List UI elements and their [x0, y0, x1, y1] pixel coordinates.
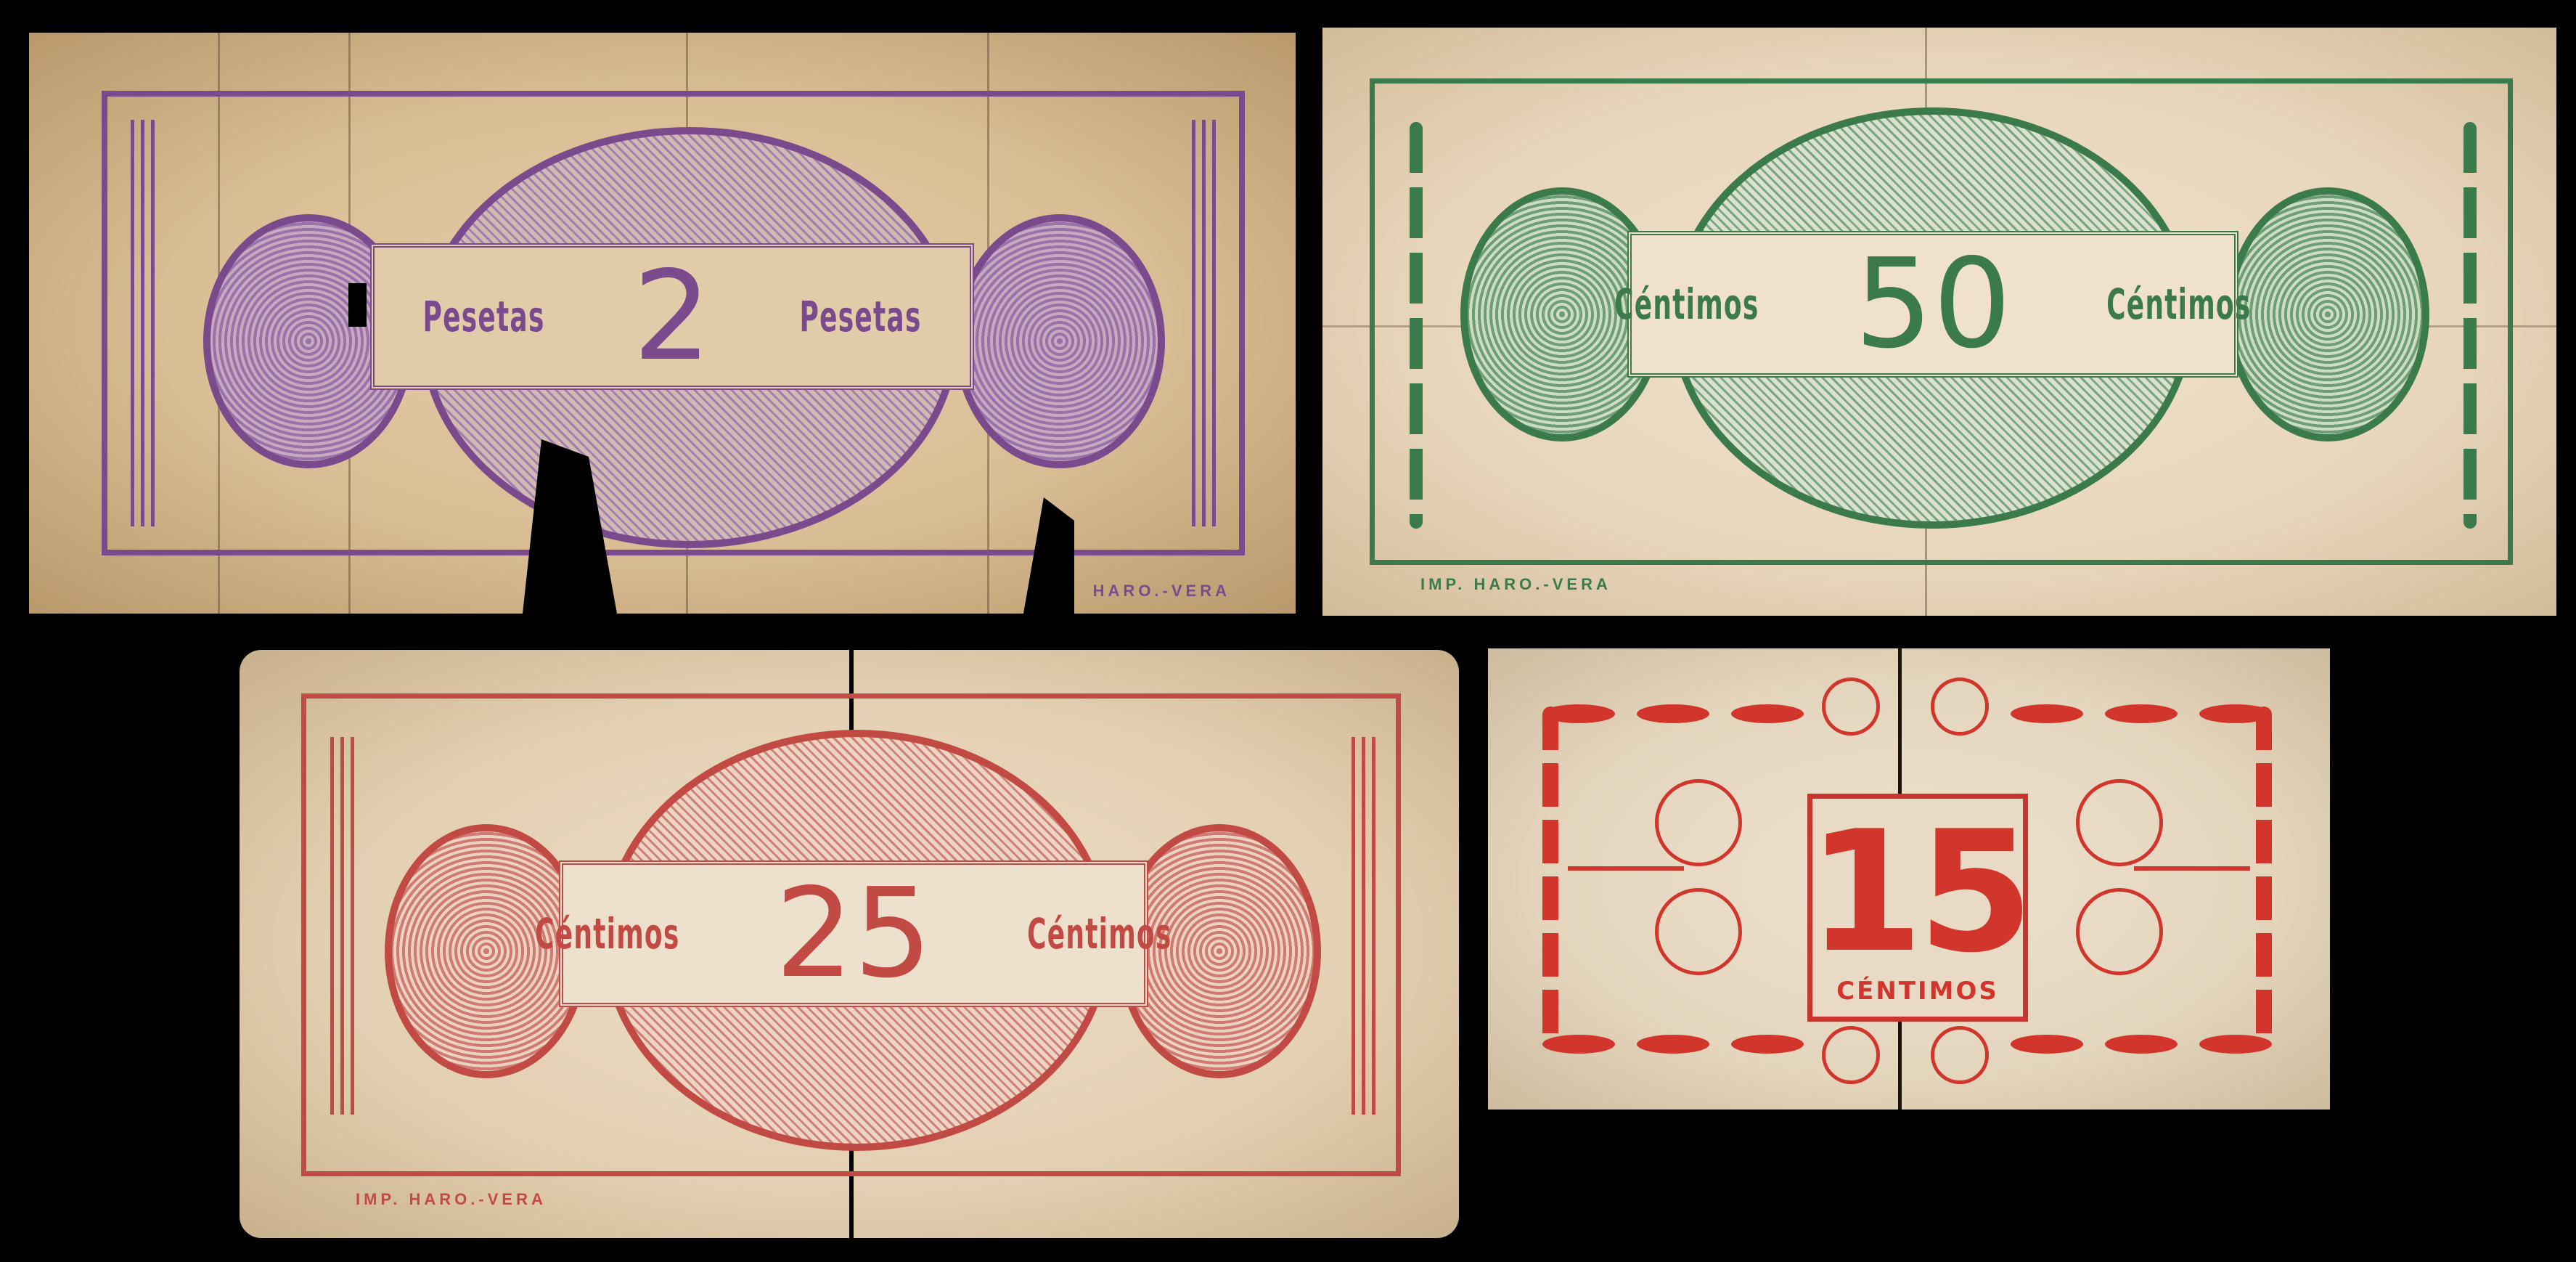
- banknote-2-pesetas: Pesetas 2 Pesetas HARO.-VERA: [29, 33, 1296, 614]
- bottom-scroll-ornament: [1822, 1026, 1880, 1084]
- denomination-box: 15 CÉNTIMOS: [1807, 794, 2028, 1022]
- unit-label-left: Céntimos: [1614, 280, 1759, 329]
- denomination-value: 2: [633, 255, 711, 378]
- left-bar-ornament: [131, 120, 155, 526]
- right-medallion: [2226, 187, 2429, 441]
- right-medallion: [954, 214, 1165, 468]
- printer-imprint: HARO.-VERA: [1093, 582, 1230, 601]
- unit-label-right: Pesetas: [800, 292, 922, 341]
- bottom-right-border-chain: [2011, 1033, 2272, 1055]
- right-leaf-chain: [2463, 122, 2477, 529]
- right-bar-ornament: [1352, 737, 1375, 1115]
- scroll-ornament: [1655, 779, 1742, 866]
- left-leaf-chain: [1410, 122, 1423, 529]
- top-left-border-chain: [1542, 703, 1804, 725]
- denomination-value: 15: [1807, 810, 2028, 977]
- denomination-cartouche: Céntimos 25 Céntimos: [559, 860, 1148, 1007]
- right-bar-ornament: [1192, 120, 1216, 526]
- denomination-cartouche: Pesetas 2 Pesetas: [370, 243, 974, 390]
- top-right-border-chain: [2011, 703, 2272, 725]
- unit-label-left: Pesetas: [422, 292, 544, 341]
- tear-hole: [348, 283, 367, 327]
- top-scroll-ornament: [1822, 677, 1880, 736]
- banknote-15-centimos: 15 CÉNTIMOS: [1488, 648, 2330, 1110]
- scroll-ornament: [2076, 779, 2163, 866]
- printer-imprint: IMP. HARO.-VERA: [356, 1190, 547, 1209]
- banknote-50-centimos: Céntimos 50 Céntimos IMP. HARO.-VERA: [1322, 28, 2556, 616]
- unit-label-right: Céntimos: [1027, 909, 1172, 958]
- denomination-value: 25: [775, 872, 932, 996]
- left-spray-ornament: [1568, 866, 1684, 871]
- bottom-left-border-chain: [1542, 1033, 1804, 1055]
- bottom-scroll-ornament: [1931, 1026, 1989, 1084]
- top-scroll-ornament: [1931, 677, 1989, 736]
- scroll-ornament: [2076, 888, 2163, 975]
- banknote-25-centimos: Céntimos 25 Céntimos IMP. HARO.-VERA: [240, 650, 1459, 1238]
- denomination-cartouche: Céntimos 50 Céntimos: [1627, 231, 2238, 378]
- unit-label: CÉNTIMOS: [1836, 977, 1999, 1006]
- printer-imprint: IMP. HARO.-VERA: [1420, 575, 1611, 594]
- unit-label-right: Céntimos: [2106, 280, 2251, 329]
- right-border-chain: [2256, 707, 2272, 1048]
- right-spray-ornament: [2134, 866, 2250, 871]
- scroll-ornament: [1655, 888, 1742, 975]
- left-bar-ornament: [330, 737, 354, 1115]
- unit-label-left: Céntimos: [535, 909, 679, 958]
- denomination-value: 50: [1855, 243, 2011, 366]
- left-border-chain: [1542, 707, 1558, 1048]
